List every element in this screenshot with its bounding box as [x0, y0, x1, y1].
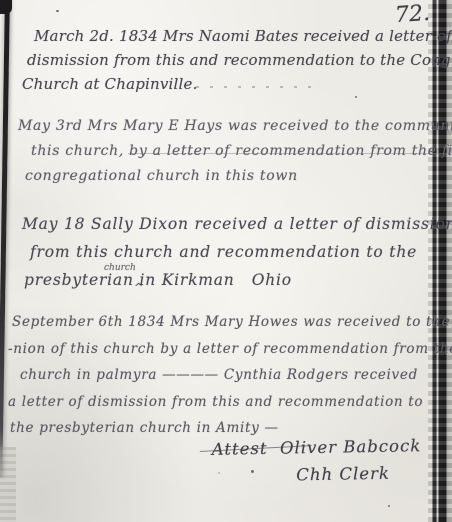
ink-speck [388, 505, 390, 507]
entry-line: this church, by a letter of recommendati… [31, 139, 452, 164]
entry-line: May 3rd Mrs Mary E Hays was received to … [18, 114, 452, 139]
entry-line: from this church and recommendation to t… [30, 238, 452, 266]
caret-mark: ^ [134, 274, 144, 302]
entry-line: May 18 Sally Dixon received a letter of … [22, 210, 452, 238]
signature-block: Attest Oliver Babcock Chh Clerk [212, 432, 422, 490]
entry-line: -nion of this church by a letter of reco… [8, 336, 452, 363]
clerk-title: Chh Clerk [296, 459, 422, 488]
entry-line: September 6th 1834 Mrs Mary Howes was re… [12, 309, 452, 336]
entry-line: Church at Chapinville. [22, 72, 452, 96]
record-entry-september-6-1834: September 6th 1834 Mrs Mary Howes was re… [8, 309, 452, 442]
scan-artifact-line [128, 153, 450, 154]
ink-speck [56, 10, 59, 12]
scanned-record-page: 72. March 2d. 1834 Mrs Naomi Bates recei… [0, 0, 452, 522]
entry-line: March 2d. 1834 Mrs Naomi Bates received … [34, 24, 452, 48]
page-corner-mark [0, 0, 12, 14]
record-entry-may-3-1834: May 3rd Mrs Mary E Hays was received to … [18, 114, 452, 189]
entry-line: presbyterian in Kirkman Ohio [24, 266, 452, 294]
entry-line: congregational church in this town [25, 164, 452, 189]
entry-line: dismission from this and recommendation … [27, 48, 452, 72]
ink-speck [251, 470, 254, 473]
record-entry-may-18-1834: May 18 Sally Dixon received a letter of … [22, 210, 452, 294]
ink-speck [355, 96, 357, 98]
caret-insertion-word: church [104, 254, 136, 282]
entry-line: church in palmyra ———— Cynthia Rodgers r… [20, 362, 452, 389]
page-bottom-left-shading [0, 447, 16, 522]
entry-line: a letter of dismission from this and rec… [8, 389, 452, 416]
attest-signature: Attest Oliver Babcock [212, 432, 422, 463]
faded-ink-dots [196, 86, 316, 88]
ink-speck [218, 472, 220, 474]
